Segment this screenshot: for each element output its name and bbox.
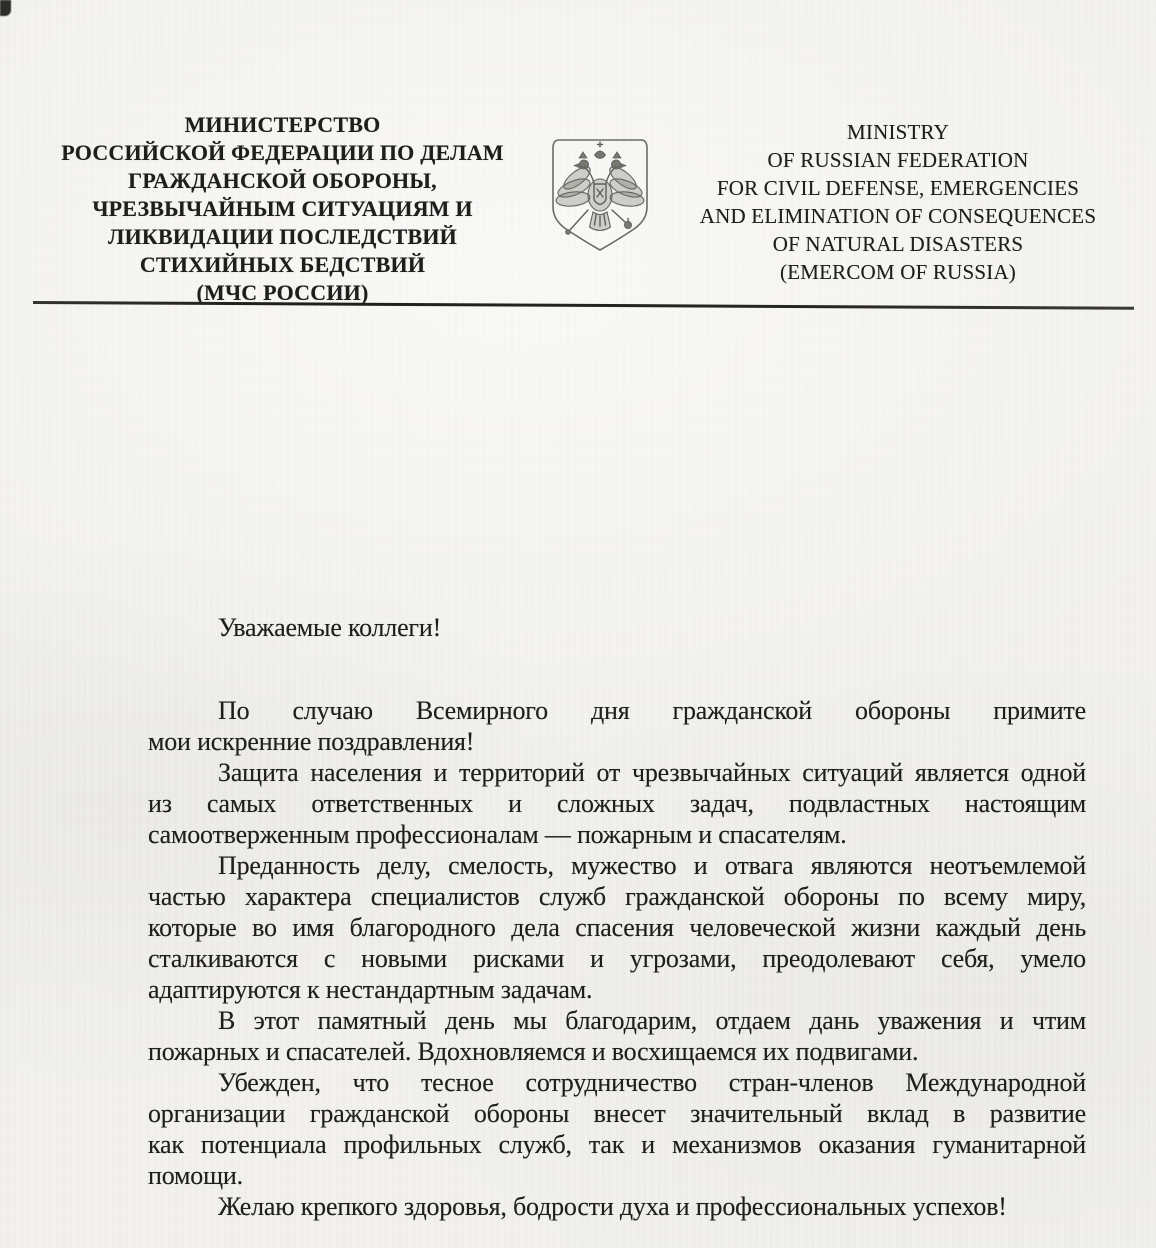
paragraph-line: Защита населения и территорий от чрезвыч… [148, 757, 1086, 788]
paragraph-line: адаптируются к нестандартным задачам. [148, 974, 1086, 1005]
letterhead-left-line: СТИХИЙНЫХ БЕДСТВИЙ [50, 251, 515, 279]
paragraph-line: Преданность делу, смелость, мужество и о… [148, 850, 1086, 881]
letterhead-right-line: AND ELIMINATION OF CONSEQUENCES [660, 202, 1136, 230]
letterhead-left-line: ЛИКВИДАЦИИ ПОСЛЕДСТВИЙ [50, 223, 515, 251]
paragraph: Желаю крепкого здоровья, бодрости духа и… [148, 1191, 1086, 1222]
paragraph: Защита населения и территорий от чрезвыч… [148, 757, 1086, 850]
paragraph-line: сталкиваются с новыми рисками и угрозами… [148, 943, 1086, 974]
letterhead-right-line: (EMERCOM OF RUSSIA) [660, 258, 1136, 286]
letterhead-right-line: OF NATURAL DISASTERS [660, 230, 1136, 258]
letterhead-left-line: ГРАЖДАНСКОЙ ОБОРОНЫ, [50, 167, 515, 195]
paragraph-line: частью характера специалистов служб граж… [148, 881, 1086, 912]
scan-artifact-mark [0, 0, 11, 16]
paragraph-line: организации гражданской обороны внесет з… [148, 1098, 1086, 1129]
paragraph-line: По случаю Всемирного дня гражданской обо… [148, 695, 1086, 726]
paragraph: Убежден, что тесное сотрудничество стран… [148, 1067, 1086, 1191]
coat-of-arms-icon [548, 137, 652, 255]
paragraph-line: В этот памятный день мы благодарим, отда… [148, 1005, 1086, 1036]
letterhead-left-russian: МИНИСТЕРСТВОРОССИЙСКОЙ ФЕДЕРАЦИИ ПО ДЕЛА… [50, 111, 515, 307]
letterhead-left-line: РОССИЙСКОЙ ФЕДЕРАЦИИ ПО ДЕЛАМ [50, 139, 515, 167]
paragraph-line: из самых ответственных и сложных задач, … [148, 788, 1086, 819]
letterhead-right-line: FOR CIVIL DEFENSE, EMERGENCIES [660, 174, 1136, 202]
paragraph-line: Убежден, что тесное сотрудничество стран… [148, 1067, 1086, 1098]
letterhead-left-line: МИНИСТЕРСТВО [50, 111, 515, 139]
letter-body: Уважаемые коллеги! По случаю Всемирного … [148, 612, 1086, 1222]
paragraph-line: Желаю крепкого здоровья, бодрости духа и… [148, 1191, 1086, 1222]
paragraph: Преданность делу, смелость, мужество и о… [148, 850, 1086, 1005]
letterhead-right-line: MINISTRY [660, 118, 1136, 146]
salutation: Уважаемые коллеги! [148, 612, 1086, 643]
letterhead-right-line: OF RUSSIAN FEDERATION [660, 146, 1136, 174]
paragraph: По случаю Всемирного дня гражданской обо… [148, 695, 1086, 757]
paragraph-line: самоотверженным профессионалам — пожарны… [148, 819, 1086, 850]
paragraph-line: как потенциала профильных служб, так и м… [148, 1129, 1086, 1160]
paragraph: В этот памятный день мы благодарим, отда… [148, 1005, 1086, 1067]
paragraph-line: пожарных и спасателей. Вдохновляемся и в… [148, 1036, 1086, 1067]
letterhead-right-english: MINISTRYOF RUSSIAN FEDERATIONFOR CIVIL D… [660, 118, 1136, 286]
scanned-letter-page: МИНИСТЕРСТВОРОССИЙСКОЙ ФЕДЕРАЦИИ ПО ДЕЛА… [0, 0, 1156, 1248]
paragraphs-container: По случаю Всемирного дня гражданской обо… [148, 695, 1086, 1222]
paragraph-line: которые во имя благородного дела спасени… [148, 912, 1086, 943]
letterhead-left-line: ЧРЕЗВЫЧАЙНЫМ СИТУАЦИЯМ И [50, 195, 515, 223]
paragraph-line: мои искренние поздравления! [148, 726, 1086, 757]
paragraph-line: помощи. [148, 1160, 1086, 1191]
double-headed-eagle-emblem [548, 137, 652, 255]
